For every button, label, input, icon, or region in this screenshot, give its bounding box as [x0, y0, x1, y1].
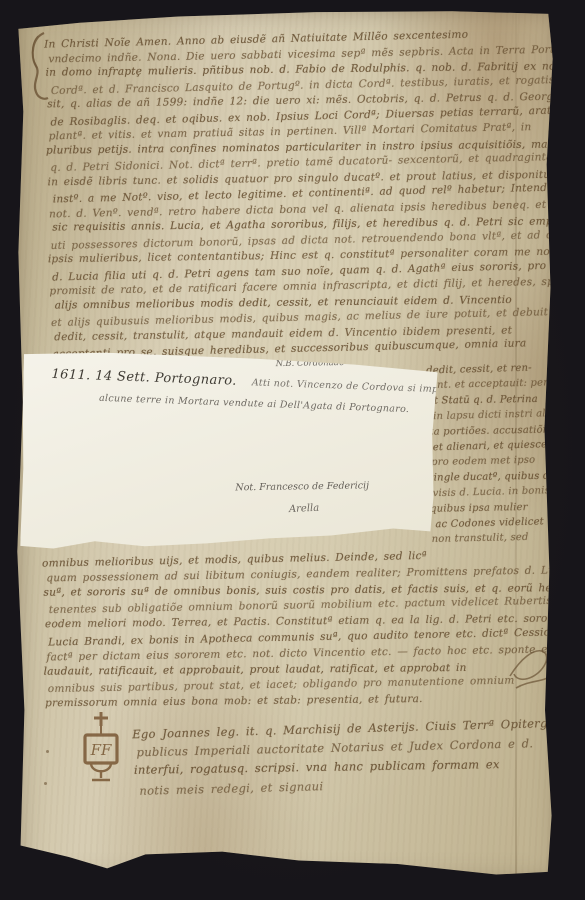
archival-slip: N.B. Cordonado 1611. 14 Sett. Portognaro…: [20, 346, 438, 558]
slip-heading-note: Atti not. Vincenzo de Cordova si impegnò: [252, 377, 464, 396]
manuscript-line: non transtulit, sed: [432, 529, 570, 548]
slip-notary-signature: Not. Francesco de Federicij: [235, 480, 369, 493]
notary-initials: FF: [90, 741, 112, 759]
manuscript-line: single ducatº, quibus diebus beñ:: [428, 468, 568, 486]
slip-signature-flourish: Arella: [289, 503, 320, 516]
main-text-top-block: In Christi Noĩe Amen. Anno ab eiusdẽ añ …: [44, 27, 568, 361]
document-scan: In Christi Noĩe Amen. Anno ab eiusdẽ añ …: [0, 0, 585, 900]
slip-subject-line: alcune terre in Mortara vendute ai Dell'…: [99, 393, 410, 415]
manuscript-line: in lapsu dicti instri aliena-: [433, 406, 567, 425]
notary-sign-icon: FF: [72, 708, 130, 792]
manuscript-line: ta portiões. accusatiõibus, et: [429, 422, 567, 440]
main-text-lower-block: omnibus melioribus uijs, et modis, quibu…: [42, 548, 566, 713]
margin-dot: [44, 782, 47, 785]
manuscript-line: unt. et acceptauit: per se: [430, 375, 566, 393]
main-text-right-fragment: dedit, cessit, et ren-unt. et acceptauit…: [426, 360, 570, 548]
closing-attestation-block: Ego Joannes leg. it. q. Marchisij de Ast…: [132, 715, 563, 800]
slip-date: 1611. 14 Sett. Portognaro.: [51, 367, 237, 389]
closing-flourish-icon: [504, 636, 556, 700]
manuscript-line: pro eodem met ipso: [431, 452, 568, 471]
manuscript-line: et Statū q. d. Petrina: [428, 391, 567, 409]
margin-dot: [46, 750, 49, 753]
manuscript-line: visis d. Lucia. in bonis: [433, 483, 569, 502]
manuscript-line: quibus ipsa mulier: [430, 499, 569, 517]
